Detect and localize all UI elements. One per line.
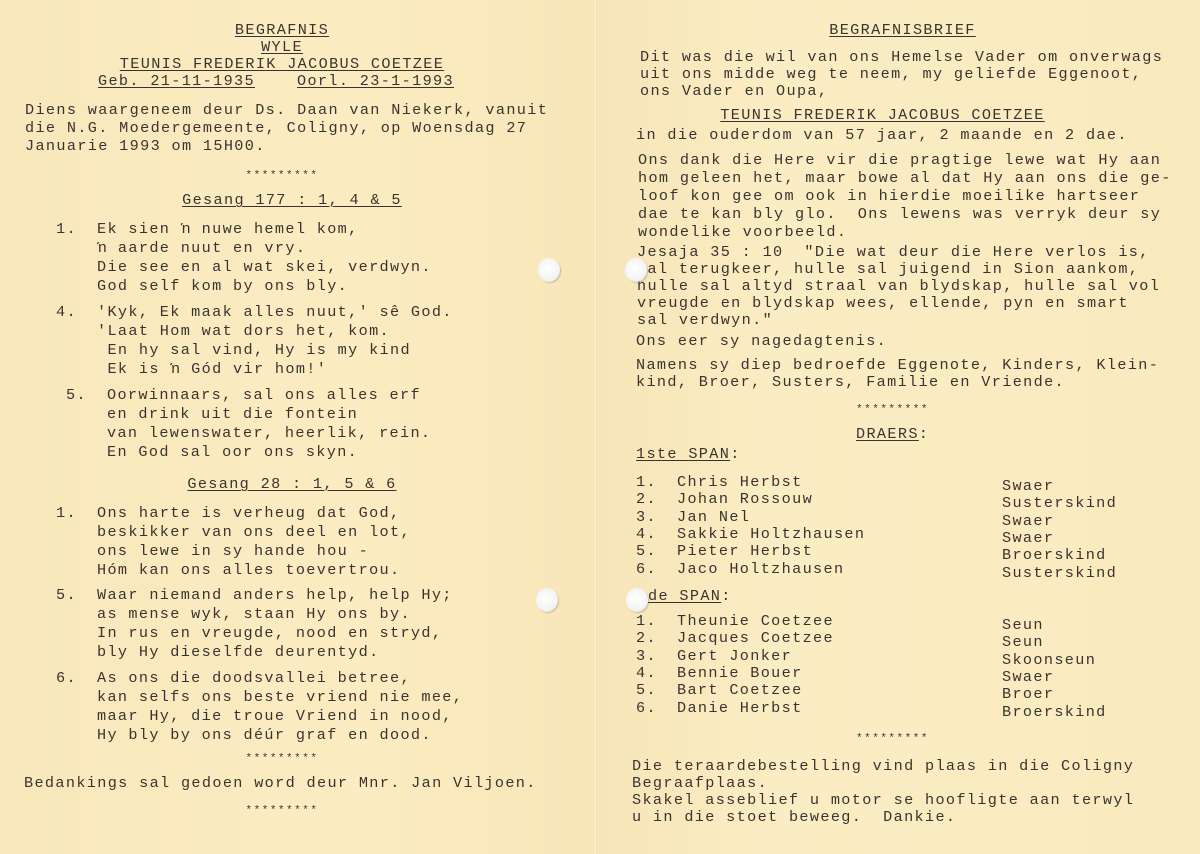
separator: ********* [0, 751, 564, 768]
verse-line: Die see en al wat skei, verdwyn. [97, 259, 432, 276]
bearer-number: 4. [636, 526, 657, 543]
death-date: Oorl. 23-1-1993 [297, 73, 454, 90]
team1-heading: 1ste SPAN: [636, 446, 741, 463]
verse-line: En hy sal vind, Hy is my kind [97, 342, 411, 359]
bearer-number: 5. [636, 682, 657, 699]
bearer-name: Danie Herbst [677, 700, 803, 717]
verse-line: bly Hy dieselfde deurentyd. [97, 644, 380, 661]
verse-line: God self kom by ons bly. [97, 278, 348, 295]
bearer-name: Jan Nel [677, 509, 750, 526]
bearer-relation: Broerskind [1002, 547, 1107, 564]
bearer-name: Bart Coetzee [677, 682, 803, 699]
honour-line: Ons eer sy nagedagtenis. [636, 333, 887, 350]
age-line: in die ouderdom van 57 jaar, 2 maande en… [636, 127, 1128, 144]
verse-line: van lewenswater, heerlik, rein. [107, 425, 431, 442]
bearer-relation: Swaer [1002, 530, 1054, 547]
bearer-name: Gert Jonker [677, 648, 792, 665]
verse-number: 1. [56, 221, 77, 238]
intro-line: Dit was die wil van ons Hemelse Vader om… [640, 49, 1163, 66]
verse-line: kan selfs ons beste vriend nie mee, [97, 689, 463, 706]
scripture-line: Jesaja 35 : 10 "Die wat deur die Here ve… [637, 244, 1150, 261]
hymn1-title: Gesang 177 : 1, 4 & 5 [0, 192, 584, 209]
verse-line: Hy bly by ons déúr graf en dood. [97, 727, 432, 744]
thanks-line: dae te kan bly glo. Ons lewens was verry… [638, 206, 1161, 223]
verse-line: Waar niemand anders help, help Hy; [97, 587, 453, 604]
bearers-heading: DRAERS: [856, 426, 929, 443]
program-subtitle: WYLE [0, 39, 564, 56]
thanks-note: Bedankings sal gedoen word deur Mnr. Jan… [24, 775, 537, 792]
bearer-number: 2. [636, 491, 657, 508]
punch-hole [536, 588, 558, 612]
thanks-line: loof kon gee om ook in hierdie moeilike … [638, 188, 1140, 205]
family-line: Namens sy diep bedroefde Eggenote, Kinde… [636, 357, 1159, 374]
bearer-number: 5. [636, 543, 657, 560]
bearer-number: 1. [636, 474, 657, 491]
bearer-relation: Swaer [1002, 513, 1054, 530]
bearer-number: 6. [636, 561, 657, 578]
verse-line: ons lewe in sy hande hou - [97, 543, 369, 560]
bearer-name: Pieter Herbst [677, 543, 813, 560]
thanks-line: hom geleen het, maar bowe al dat Hy aan … [638, 170, 1172, 187]
punch-hole [625, 258, 647, 282]
burial-line: Begraafplaas. [632, 775, 768, 792]
bearer-relation: Skoonseun [1002, 652, 1096, 669]
bearer-relation: Seun [1002, 617, 1044, 634]
bearer-relation: Broerskind [1002, 704, 1107, 721]
punch-hole [538, 258, 560, 282]
scripture-line: sal terugkeer, hulle sal juigend in Sion… [637, 261, 1139, 278]
bearer-relation: Susterskind [1002, 495, 1117, 512]
verse-number: 5. [66, 387, 87, 404]
bearers-title: DRAERS [856, 425, 919, 443]
letter-title: BEGRAFNISBRIEF [640, 22, 1165, 39]
bearer-number: 2. [636, 630, 657, 647]
bearer-name: Johan Rossouw [677, 491, 813, 508]
bearer-relation: Broer [1002, 686, 1054, 703]
hymn2-title: Gesang 28 : 1, 5 & 6 [0, 476, 584, 493]
letter-deceased-name: TEUNIS FREDERIK JACOBUS COETZEE [620, 107, 1145, 124]
service-line: die N.G. Moedergemeente, Coligny, op Woe… [25, 120, 527, 137]
scripture-line: sal verdwyn." [637, 312, 773, 329]
intro-line: uit ons midde weg te neem, my geliefde E… [640, 66, 1142, 83]
thanks-line: Ons dank die Here vir die pragtige lewe … [638, 152, 1161, 169]
verse-line: Ek sien ŉ nuwe hemel kom, [97, 221, 359, 238]
thanks-line: wondelike voorbeeld. [638, 224, 847, 241]
verse-line: ŉ aarde nuut en vry. [97, 240, 306, 257]
team2-heading: de SPAN: [648, 588, 732, 605]
verse-line: Oorwinnaars, sal ons alles erf [107, 387, 421, 404]
service-line: Januarie 1993 om 15H00. [25, 138, 266, 155]
separator: ********* [0, 803, 564, 820]
separator: ********* [620, 402, 1165, 419]
bearer-relation: Seun [1002, 634, 1044, 651]
verse-line: Hóm kan ons alles toevertrou. [97, 562, 400, 579]
verse-line: 'Kyk, Ek maak alles nuut,' sê God. [97, 304, 453, 321]
bearer-relation: Susterskind [1002, 565, 1117, 582]
verse-number: 5. [56, 587, 77, 604]
verse-line: In rus en vreugde, nood en stryd, [97, 625, 442, 642]
bearer-relation: Swaer [1002, 669, 1054, 686]
bearer-number: 4. [636, 665, 657, 682]
bearer-relation: Swaer [1002, 478, 1054, 495]
scripture-line: hulle sal altyd straal van blydskap, hul… [637, 278, 1160, 295]
bearer-name: Chris Herbst [677, 474, 803, 491]
team1-label: 1ste SPAN [636, 445, 730, 463]
bearer-name: Jacques Coetzee [677, 630, 834, 647]
burial-line: Die teraardebestelling vind plaas in die… [632, 758, 1134, 775]
verse-line: Ons harte is verheug dat God, [97, 505, 400, 522]
verse-line: as mense wyk, staan Hy ons by. [97, 606, 411, 623]
separator: ********* [0, 168, 564, 185]
bearer-name: Jaco Holtzhausen [677, 561, 844, 578]
verse-number: 6. [56, 670, 77, 687]
scripture-line: vreugde en blydskap wees, ellende, pyn e… [637, 295, 1129, 312]
birth-date: Geb. 21-11-1935 [98, 73, 255, 90]
burial-line: u in die stoet beweeg. Dankie. [632, 809, 956, 826]
program-title: BEGRAFNIS [0, 22, 564, 39]
page-fold [594, 0, 597, 854]
verse-line: 'Laat Hom wat dors het, kom. [97, 323, 390, 340]
verse-line: maar Hy, die troue Vriend in nood, [97, 708, 453, 725]
punch-hole [626, 588, 648, 612]
service-line: Diens waargeneem deur Ds. Daan van Nieke… [25, 102, 548, 119]
verse-line: As ons die doodsvallei betree, [97, 670, 411, 687]
verse-line: Ek is ŉ Gód vir hom!' [97, 361, 327, 378]
bearer-name: Sakkie Holtzhausen [677, 526, 865, 543]
bearer-name: Theunie Coetzee [677, 613, 834, 630]
verse-line: En God sal oor ons skyn. [107, 444, 358, 461]
team2-label: de SPAN [648, 587, 721, 605]
verse-line: beskikker van ons deel en lot, [97, 524, 411, 541]
bearer-number: 1. [636, 613, 657, 630]
burial-line: Skakel asseblief u motor se hoofligte aa… [632, 792, 1134, 809]
verse-line: en drink uit die fontein [107, 406, 358, 423]
verse-number: 4. [56, 304, 77, 321]
intro-line: ons Vader en Oupa, [640, 83, 828, 100]
bearer-number: 6. [636, 700, 657, 717]
deceased-name: TEUNIS FREDERIK JACOBUS COETZEE [0, 56, 564, 73]
bearer-name: Bennie Bouer [677, 665, 803, 682]
separator: ********* [620, 731, 1165, 748]
bearer-number: 3. [636, 509, 657, 526]
family-line: kind, Broer, Susters, Familie en Vriende… [636, 374, 1065, 391]
verse-number: 1. [56, 505, 77, 522]
bearer-number: 3. [636, 648, 657, 665]
